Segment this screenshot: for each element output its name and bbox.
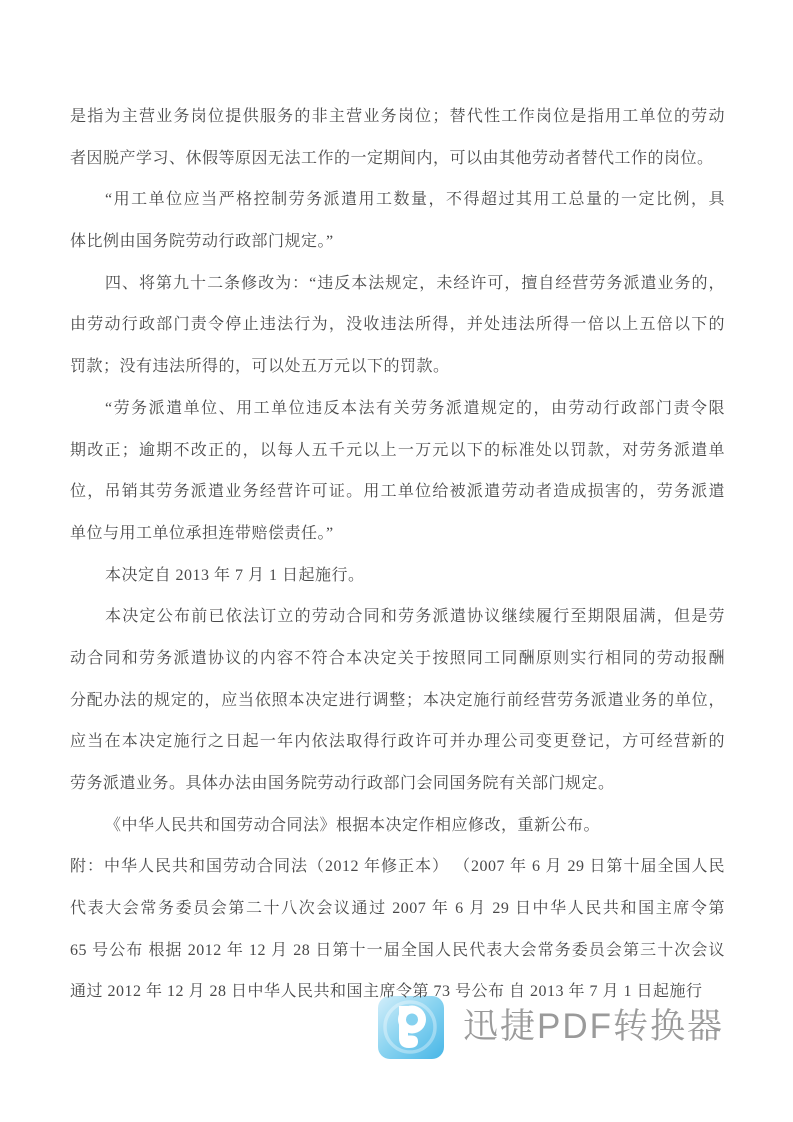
text-line: 应当在本决定施行之日起一年内依法取得行政许可并办理公司变更登记，方可经营新的 — [70, 721, 725, 763]
text-line: 劳务派遣业务。具体办法由国务院劳动行政部门会同国务院有关部门规定。 — [70, 763, 725, 805]
text-line: 单位与用工单位承担连带赔偿责任。” — [70, 513, 725, 555]
document-page: 是指为主营业务岗位提供服务的非主营业务岗位；替代性工作岗位是指用工单位的劳动者因… — [0, 0, 793, 1122]
text-line: 本决定公布前已依法订立的劳动合同和劳务派遣协议继续履行至期限届满，但是劳 — [70, 596, 725, 638]
text-line: 代表大会常务委员会第二十八次会议通过 2007 年 6 月 29 日中华人民共和… — [70, 888, 725, 930]
text-line: “劳务派遣单位、用工单位违反本法有关劳务派遣规定的，由劳动行政部门责令限 — [70, 388, 725, 430]
text-line: 由劳动行政部门责令停止违法行为，没收违法所得，并处违法所得一倍以上五倍以下的 — [70, 304, 725, 346]
text-line: 本决定自 2013 年 7 月 1 日起施行。 — [70, 555, 725, 597]
text-line: 者因脱产学习、休假等原因无法工作的一定期间内，可以由其他劳动者替代工作的岗位。 — [70, 138, 725, 180]
text-line: 位，吊销其劳务派遣业务经营许可证。用工单位给被派遣劳动者造成损害的，劳务派遣 — [70, 471, 725, 513]
watermark-text: 迅捷PDF转换器 — [463, 999, 724, 1049]
text-line: 分配办法的规定的，应当依照本决定进行调整；本决定施行前经营劳务派遣业务的单位， — [70, 680, 725, 722]
text-line: 体比例由国务院劳动行政部门规定。” — [70, 221, 725, 263]
text-line: “用工单位应当严格控制劳务派遣用工数量，不得超过其用工总量的一定比例，具 — [70, 179, 725, 221]
text-line: 罚款；没有违法所得的，可以处五万元以下的罚款。 — [70, 346, 725, 388]
text-line: 附：中华人民共和国劳动合同法（2012 年修正本） （2007 年 6 月 29… — [70, 846, 725, 888]
text-line: 四、将第九十二条修改为：“违反本法规定，未经许可，擅自经营劳务派遣业务的， — [70, 263, 725, 305]
text-line: 《中华人民共和国劳动合同法》根据本决定作相应修改，重新公布。 — [70, 805, 725, 847]
text-line: 65 号公布 根据 2012 年 12 月 28 日第十一届全国人民代表大会常务… — [70, 930, 725, 972]
text-line: 动合同和劳务派遣协议的内容不符合本决定关于按照同工同酬原则实行相同的劳动报酬 — [70, 638, 725, 680]
text-line: 是指为主营业务岗位提供服务的非主营业务岗位；替代性工作岗位是指用工单位的劳动 — [70, 96, 725, 138]
document-text-block: 是指为主营业务岗位提供服务的非主营业务岗位；替代性工作岗位是指用工单位的劳动者因… — [70, 96, 725, 1013]
logo-p-counter — [406, 1014, 418, 1026]
text-line: 期改正；逾期不改正的，以每人五千元以上一万元以下的标准处以罚款，对劳务派遣单 — [70, 430, 725, 472]
